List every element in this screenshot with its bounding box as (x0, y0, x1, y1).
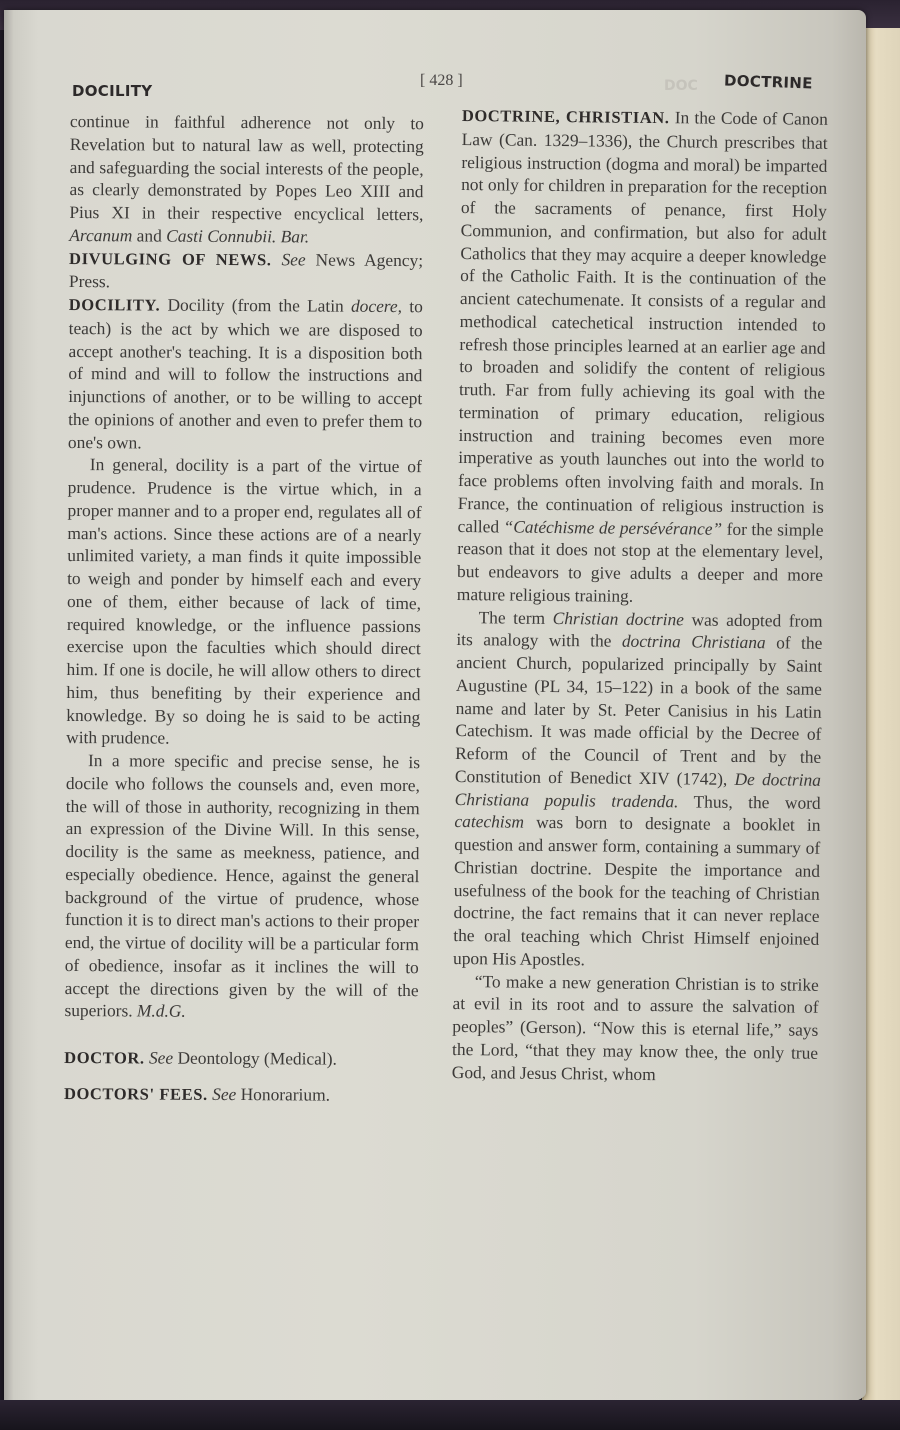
background-shadow-bottom (0, 1400, 900, 1430)
headword-doctrine-christian: DOCTRINE, CHRISTIAN. (462, 106, 670, 127)
docility-text: Docility (from the Latin (160, 295, 351, 316)
term-doctrina-christiana: doctrina Christiana (622, 631, 766, 653)
entry-docility: DOCILITY. Docility (from the Latin docer… (64, 293, 422, 1024)
author-signature: M.d.G. (137, 1001, 186, 1021)
cross-reference-target: Honorarium. (236, 1084, 330, 1105)
continuation-text: continue in faithful adherence not only … (69, 111, 424, 224)
doctrine-p2-text: The term (479, 607, 553, 628)
entry-doctrine-christian: DOCTRINE, CHRISTIAN. In the Code of Cano… (452, 104, 828, 1087)
entry-doctor: DOCTOR. See Deontology (Medical). (64, 1046, 418, 1072)
running-head-right: DOCTRINE (724, 71, 813, 92)
running-head-left: DOCILITY (72, 82, 152, 100)
continuation-text-conj: and (132, 225, 166, 245)
headword-docility: DOCILITY. (69, 295, 161, 315)
show-through-text: DOC (664, 78, 698, 94)
headword-divulging-of-news: DIVULGING OF NEWS. (69, 248, 272, 268)
encyclical-title-arcanum: Arcanum (69, 225, 132, 245)
headword-doctor: DOCTOR. (64, 1048, 145, 1067)
term-christian-doctrine: Christian doctrine (553, 607, 684, 628)
docility-paragraph-3-text: In a more specific and precise sense, he… (64, 750, 420, 1021)
doctrine-paragraph-1: DOCTRINE, CHRISTIAN. In the Code of Cano… (457, 104, 828, 609)
french-term-catechisme: “Catéchisme de persévérance” (503, 516, 722, 538)
docility-paragraph-3: In a more specific and precise sense, he… (64, 749, 420, 1024)
entry-divulging-of-news: DIVULGING OF NEWS. See News Agency; Pres… (69, 246, 423, 295)
headword-doctors-fees: DOCTORS' FEES. (64, 1084, 208, 1104)
doctrine-p2-text: of the ancient Church, popularized princ… (455, 632, 823, 788)
left-column: continue in faithful adherence not only … (64, 110, 424, 1120)
book-photo: DOC DOCILITY [ 428 ] DOCTRINE continue i… (0, 0, 900, 1430)
entry-continuation: continue in faithful adherence not only … (69, 110, 424, 249)
doctrine-paragraph-2: The term Christian doctrine was adopted … (453, 605, 823, 973)
doctrine-paragraph-3: “To make a new generation Christian is t… (452, 969, 819, 1087)
see-reference-label: See (212, 1084, 236, 1104)
right-column: DOCTRINE, CHRISTIAN. In the Code of Cano… (452, 104, 828, 1101)
docility-text-cont: to teach) is the act by which we are dis… (68, 296, 423, 452)
term-catechism: catechism (454, 811, 524, 832)
doctrine-text: In the Code of Canon Law (Can. 1329–1336… (457, 107, 828, 536)
entry-doctors-fees: DOCTORS' FEES. See Honorarium. (64, 1082, 418, 1108)
docility-paragraph-2: In general, docility is a part of the vi… (66, 453, 422, 751)
cross-reference-target: Deontology (Medical). (173, 1048, 337, 1069)
docility-paragraph-1: DOCILITY. Docility (from the Latin docer… (68, 293, 423, 455)
encyclical-title-casti-connubii: Casti Connubii. Bar. (166, 225, 309, 246)
latin-term-docere: docere, (351, 296, 402, 316)
doctrine-p2-text: Thus, the word (678, 791, 820, 812)
page-number: [ 428 ] (420, 72, 463, 90)
next-page-edge (862, 28, 900, 1428)
doctrine-p2-text: was born to designate a booklet in quest… (453, 812, 821, 969)
see-reference-label: See (149, 1048, 173, 1068)
see-reference-label: See (281, 249, 305, 269)
